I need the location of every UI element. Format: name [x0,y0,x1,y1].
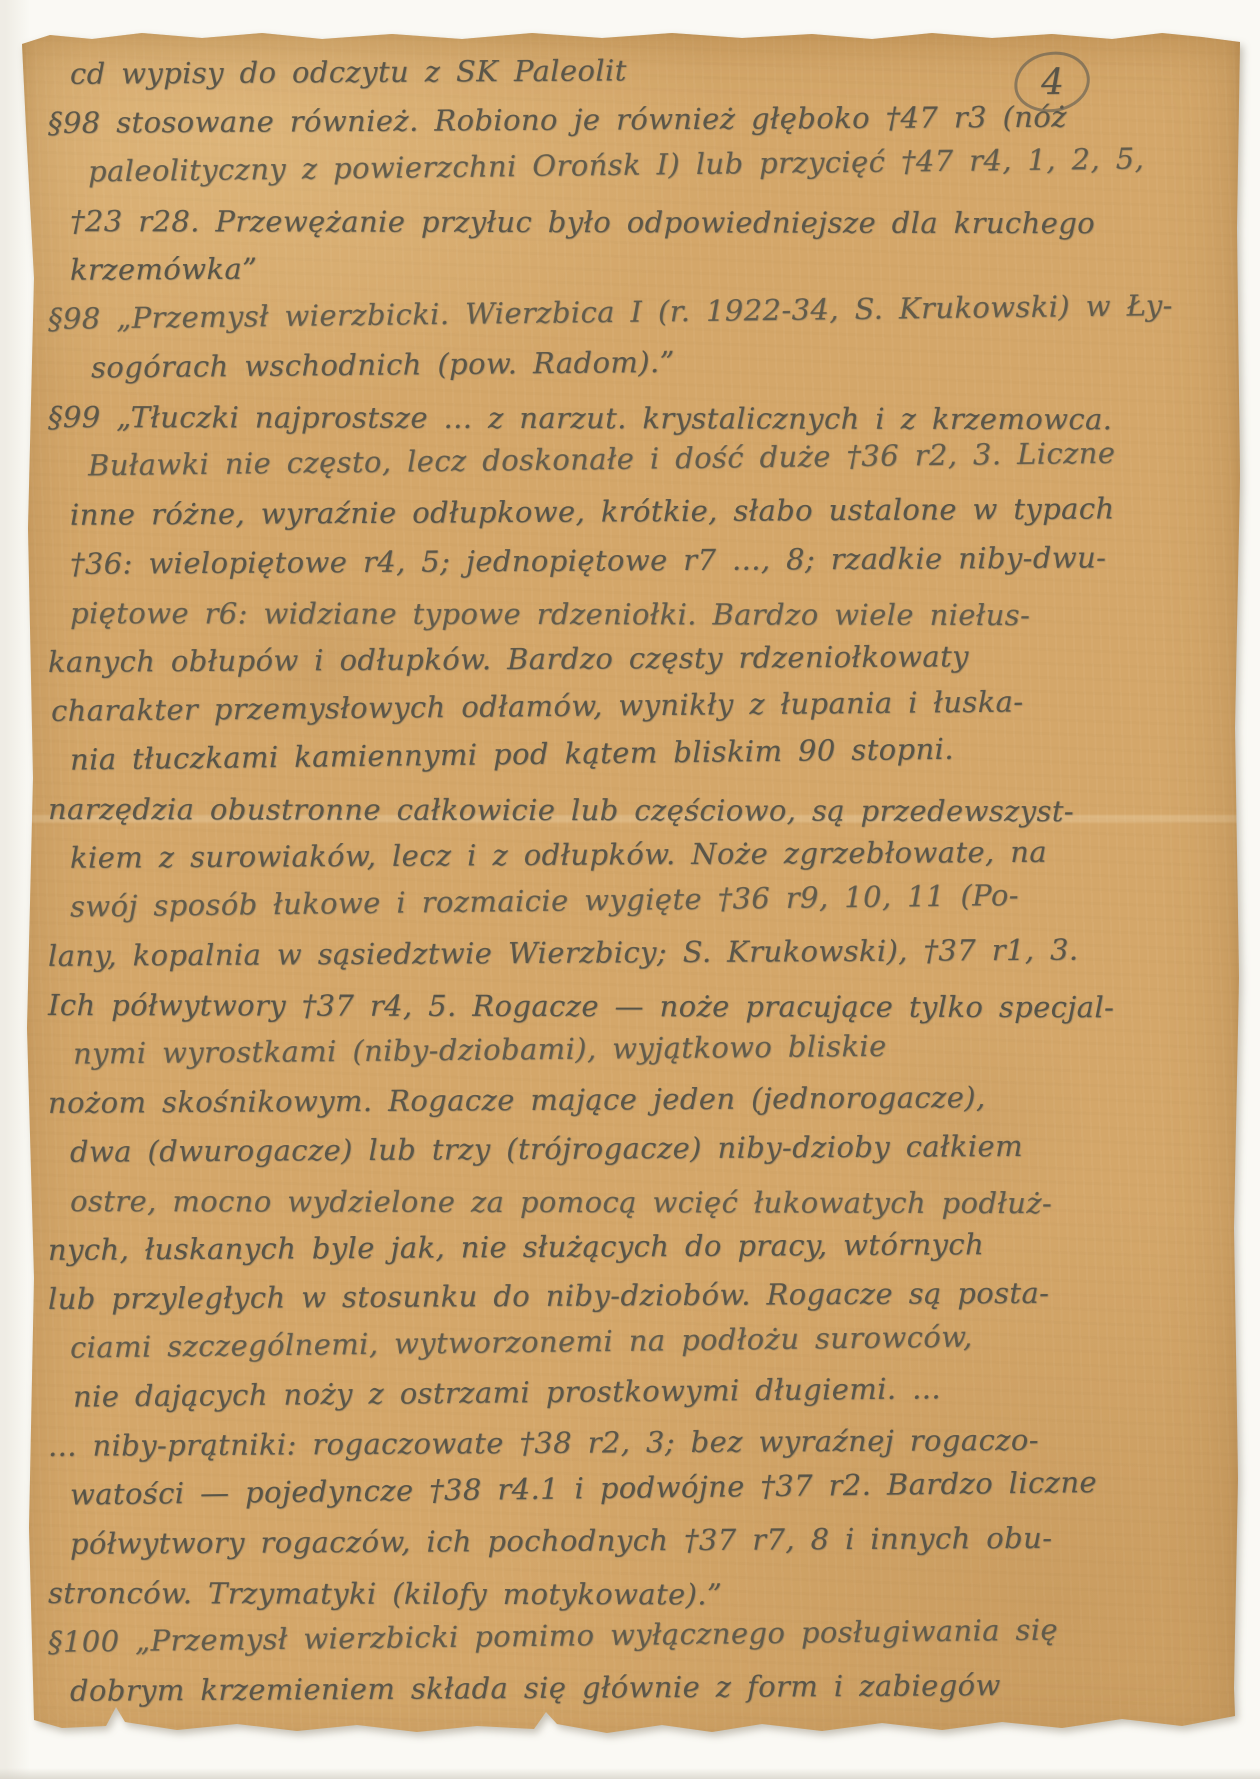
handwritten-line: lany, kopalnia w sąsiedztwie Wierzbicy; … [36,925,1228,981]
scan-background: 4 cd wypisy do odczytu z SK Paleolit§98 … [0,0,1260,1779]
notebook-page: 4 cd wypisy do odczytu z SK Paleolit§98 … [22,28,1240,1750]
handwritten-line: dobrym krzemieniem składa się głównie z … [36,1660,1228,1716]
paper-shadow-wrap: 4 cd wypisy do odczytu z SK Paleolit§98 … [22,28,1240,1750]
handwritten-line: †36: wielopiętowe r4, 5; jednopiętowe r7… [36,533,1228,589]
handwritten-line: półwytwory rogaczów, ich pochodnych †37 … [36,1513,1228,1569]
handwritten-line: sogórach wschodnich (pow. Radom).” [39,333,1231,393]
handwritten-line: nie dających noży z ostrzami prostkowymi… [39,1362,1231,1422]
handwritten-line: nymi wyrostkami (niby-dziobami), wyjątko… [39,1019,1231,1079]
handwritten-line: dwa (dwurogacze) lub trzy (trójrogacze) … [36,1121,1228,1177]
handwritten-line: cd wypisy do odczytu z SK Paleolit [36,43,1228,99]
handwritten-text-block: cd wypisy do odczytu z SK Paleolit§98 st… [36,50,1228,1716]
handwritten-line: inne różne, wyraźnie odłupkowe, krótkie,… [36,484,1228,540]
handwritten-line: nych, łuskanych byle jak, nie służących … [36,1219,1228,1275]
handwritten-line: nożom skośnikowym. Rogacze mające jeden … [36,1072,1228,1128]
